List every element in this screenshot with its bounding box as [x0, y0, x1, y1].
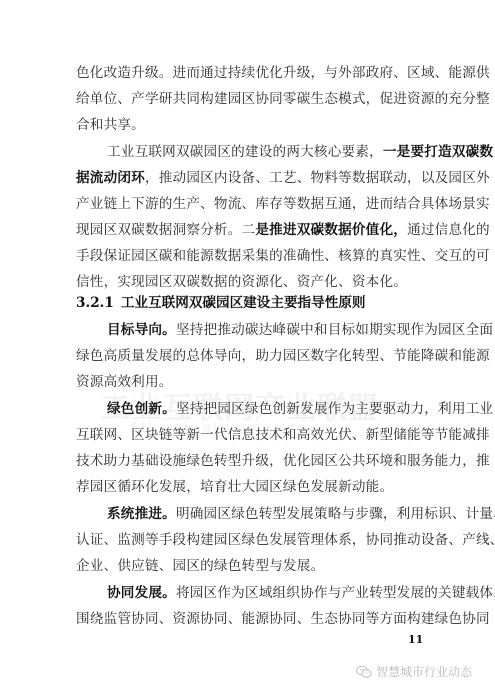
principle-line: 技术助力基础设施绿色转型升级，优化园区公共环境和服务能力，推 [76, 451, 419, 471]
bold-text-run: 是推进双碳数据价值化， [255, 222, 407, 238]
source-account-tag: 智慧城市行业动态 [356, 663, 472, 680]
source-account-name: 智慧城市行业动态 [376, 663, 472, 680]
principle-line: 系统推进。明确园区绿色转型发展策略与步骤，利用标识、计量、 [107, 504, 419, 524]
text-run: 将园区作为区域组织协作与产业转型发展的关键载体， [176, 585, 495, 601]
paragraph-line: 产业链上下游的生产、物流、库存等数据互通，进而结合具体场景实 [76, 194, 419, 214]
paragraph-line: 工业互联网双碳园区的建设的两大核心要素，一是要打造双碳数 [107, 142, 419, 162]
principle-line: 围绕监管协同、资源协同、能源协同、生态协同等方面构建绿色协同 [76, 609, 419, 629]
section-heading: 3.2.1工业互联网双碳园区建设主要指导性原则 [76, 293, 366, 313]
section-title: 工业互联网双碳园区建设主要指导性原则 [121, 295, 366, 311]
text-run: 通过信息化的 [407, 222, 490, 238]
paragraph-line: 色化改造升级。进而通过持续优化升级，与外部政府、区域、能源供 [76, 63, 419, 83]
page-number: 11 [408, 633, 423, 646]
bold-text-run: 一是要打造双碳数 [383, 144, 493, 160]
principle-title: 系统推进。 [107, 506, 176, 522]
paragraph-line: 手段保证园区碳和能源数据采集的准确性、核算的真实性、交互的可 [76, 246, 419, 266]
principle-line: 资源高效利用。 [76, 372, 419, 392]
paragraph-line: 现园区双碳数据洞察分析。二是推进双碳数据价值化，通过信息化的 [76, 220, 419, 240]
section-number: 3.2.1 [76, 295, 114, 311]
principle-line: 荐园区循环化发展，培育壮大园区绿色发展新动能。 [76, 477, 419, 497]
document-page: 工业互联网产业联盟 AII · aii-alliance.org 色化改造升级。… [0, 0, 495, 700]
principle-line: 绿色创新。坚持把园区绿色创新发展作为主要驱动力，利用工业 [107, 399, 419, 419]
text-run: 现园区双碳数据洞察分析。二 [76, 222, 255, 238]
paragraph-line: 给单位、产学研共同构建园区协同零碳生态模式，促进资源的充分整 [76, 89, 419, 109]
text-run: 坚持把推动碳达峰碳中和目标如期实现作为园区全面 [176, 322, 493, 338]
text-run: 坚持把园区绿色创新发展作为主要驱动力，利用工业 [176, 401, 493, 417]
principle-title: 协同发展。 [107, 585, 176, 601]
paragraph-line: 信性，实现园区双碳数据的资源化、资产化、资本化。 [76, 272, 419, 292]
principle-line: 目标导向。坚持把推动碳达峰碳中和目标如期实现作为园区全面 [107, 320, 419, 340]
text-run: ，推动园区内设备、工艺、物料等数据联动，以及园区外 [145, 170, 490, 186]
paragraph-line: 合和共享。 [76, 115, 419, 135]
text-run: 工业互联网双碳园区的建设的两大核心要素， [107, 144, 383, 160]
principle-title: 绿色创新。 [107, 401, 176, 417]
principle-line: 绿色高质量发展的总体导向，助力园区数字化转型、节能降碳和能源 [76, 346, 419, 366]
principle-line: 协同发展。将园区作为区域组织协作与产业转型发展的关键载体， [107, 583, 419, 603]
principle-line: 企业、供应链、园区的绿色转型与发展。 [76, 556, 419, 576]
principle-title: 目标导向。 [107, 322, 176, 338]
wechat-icon [356, 665, 372, 679]
bold-text-run: 据流动闭环 [76, 170, 145, 186]
paragraph-line: 据流动闭环，推动园区内设备、工艺、物料等数据联动，以及园区外 [76, 168, 419, 188]
principle-line: 认证、监测等手段构建园区绿色发展管理体系，协同推动设备、产线、 [76, 530, 419, 550]
principle-line: 互联网、区块链等新一代信息技术和高效光伏、新型储能等节能减排 [76, 425, 419, 445]
text-run: 明确园区绿色转型发展策略与步骤，利用标识、计量、 [176, 506, 495, 522]
